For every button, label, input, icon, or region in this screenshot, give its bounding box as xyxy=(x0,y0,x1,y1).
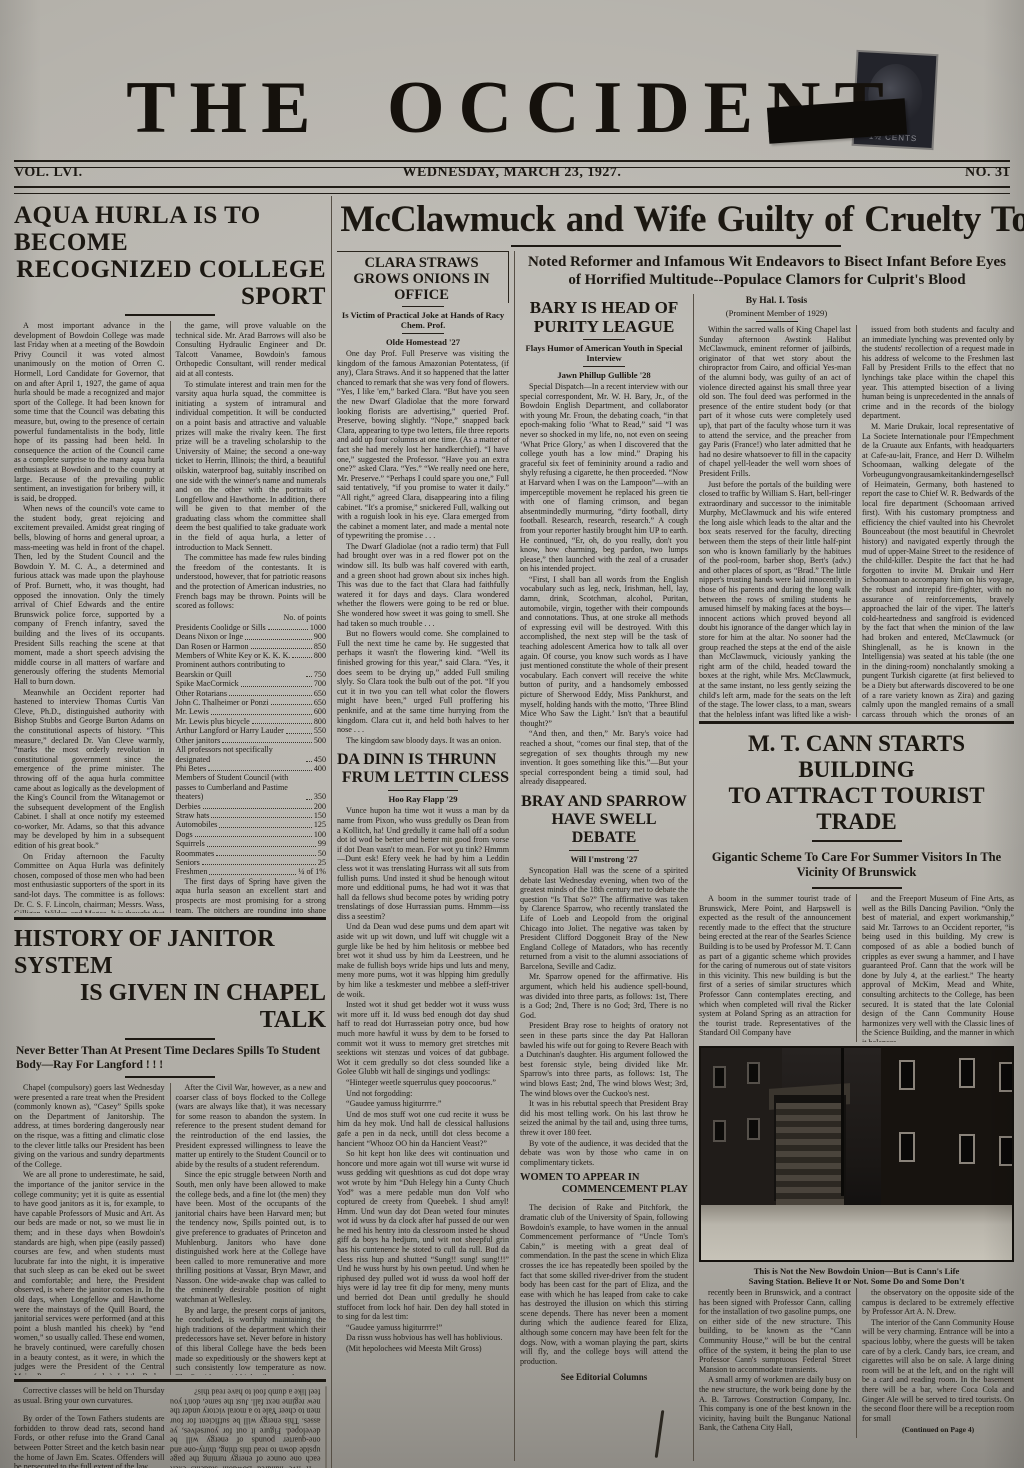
aqua-headline-line1: AQUA HURLA IS TO BECOME xyxy=(14,202,261,256)
headline-rule xyxy=(511,245,841,247)
points-row: Dan Rosen or Harmon850 xyxy=(176,642,327,651)
aqua-closing-text: The first days of Spring have given the … xyxy=(176,877,327,913)
clara-byline: Olde Homestead '27 xyxy=(337,337,509,347)
aqua-headline-line2: RECOGNIZED COLLEGE SPORT xyxy=(14,256,326,310)
photo-caption-line1: This is Not the New Bowdoin Union—But is… xyxy=(754,1266,960,1276)
bray-article: Syncopation Hall was the scene of a spir… xyxy=(520,866,688,1167)
paragraph: The committee has made few rules binding… xyxy=(176,553,327,611)
paragraph: Since the epic struggle between North an… xyxy=(176,1170,327,1304)
points-row: Dogs100 xyxy=(176,830,327,839)
paragraph: Vunce hupon ha time wot it wuss a man by… xyxy=(337,806,509,921)
paragraph: Und de mos stuff wot one cud recite it w… xyxy=(337,1110,509,1148)
mini-rule xyxy=(388,790,458,791)
paragraph: Meanwhile an Occident reporter had haste… xyxy=(14,688,165,851)
cann-col-b-bottom-text: the observatory on the opposite side of … xyxy=(862,1288,1014,1423)
paragraph: A small army of workmen are daily busy o… xyxy=(699,1375,851,1433)
points-row: All professors not specifically designat… xyxy=(176,745,327,764)
mcclawmuck-body: Within the sacred walls of King Chapel l… xyxy=(699,325,1014,717)
janitor-article: Chapel (compulsory) goers last Wednesday… xyxy=(14,1083,326,1375)
bary-byline: Jawn Phillup Gullible '28 xyxy=(520,370,688,380)
paragraph: Special Dispatch—In a recent interview w… xyxy=(520,382,688,574)
paragraph: the observatory on the opposite side of … xyxy=(862,1288,1014,1317)
points-row: Deans Nixon or Inge900 xyxy=(176,632,327,641)
aqua-col-b-text: the game, will prove valuable on the tec… xyxy=(176,321,327,611)
paragraph: Und da Dean wud dese pums und dem apart … xyxy=(337,922,509,999)
cann-body-top: A boom in the summer tourist trade of Br… xyxy=(699,894,1014,1042)
headline-rule xyxy=(125,1038,215,1040)
main-headline: McClawmuck and Wife Guilty of Cruelty To… xyxy=(340,200,1010,240)
mini-rule xyxy=(583,366,625,367)
points-row: Mr. Lewis plus bicycle800 xyxy=(176,717,327,726)
paragraph: Da rissn wuss hobvious has well has hobl… xyxy=(337,1333,509,1343)
upside-down-text: If five hundred Bowdoin students exert e… xyxy=(170,1387,321,1468)
left-column-block: AQUA HURLA IS TO BECOME RECOGNIZED COLLE… xyxy=(14,196,331,1468)
paragraph: Within the sacred walls of King Chapel l… xyxy=(699,325,851,479)
points-row: Phi Betes400 xyxy=(176,764,327,773)
points-table: Presidents Coolidge or Sills1000Deans Ni… xyxy=(176,623,327,877)
dadinn-headline-line2: FRUM LETTIN CLESS xyxy=(337,769,509,787)
cann-col-b-top: and the Freeport Museum of Fine Arts, as… xyxy=(856,894,1014,1042)
continued-note: (Continued on Page 4) xyxy=(862,1425,1014,1434)
paragraph: “Hinteger weetle squerrulus quey poocoor… xyxy=(337,1078,509,1088)
bray-headline-line1: BRAY AND SPARROW xyxy=(521,793,687,810)
paragraph: The Dwarf Gladiolae (not a radio term) t… xyxy=(337,542,509,628)
janitor-col-b: After the Civil War, however, as a new a… xyxy=(170,1083,327,1375)
mini-rule xyxy=(583,1199,625,1200)
date-label: WEDNESDAY, MARCH 23, 1927. xyxy=(14,165,1010,181)
paragraph: The interior of the Cann Community House… xyxy=(862,1318,1014,1424)
cann-headline: M. T. CANN STARTS BUILDING TO ATTRACT TO… xyxy=(699,731,1014,835)
dadinn-article: Vunce hupon ha time wot it wuss a man by… xyxy=(337,806,509,1353)
cann-body-bottom: recently been in Brunswick, and a contra… xyxy=(699,1288,1014,1438)
paragraph: President Bray rose to heights of orator… xyxy=(520,1021,688,1098)
headline-rule xyxy=(812,840,902,842)
section-divider xyxy=(14,917,326,920)
bary-article: Special Dispatch—In a recent interview w… xyxy=(520,382,688,787)
clara-deck: Is Victim of Practical Joke at Hands of … xyxy=(337,310,509,330)
mcclawmuck-col4-text: issued from both students and faculty an… xyxy=(862,325,1014,717)
paragraph: The kingdom saw bloody days. It was an o… xyxy=(337,736,509,746)
section-divider xyxy=(14,1379,326,1382)
paragraph: “And then, and then,” Mr. Bary's voice h… xyxy=(520,729,688,787)
town-notices: Corrective classes will be held on Thurs… xyxy=(14,1386,170,1468)
cann-headline-line2: TO ATTRACT TOURIST TRADE xyxy=(728,783,984,834)
mini-rule xyxy=(402,306,444,307)
points-row: Other Rotarians650 xyxy=(176,689,327,698)
photo-pole xyxy=(841,1048,844,1196)
mini-rule xyxy=(756,321,798,322)
section-divider xyxy=(699,721,1014,724)
paragraph: So hit kept hon like dees wit continuati… xyxy=(337,1149,509,1322)
aqua-col-a: A most important advance in the developm… xyxy=(14,321,170,913)
aqua-hurla-article: A most important advance in the developm… xyxy=(14,321,326,913)
page-content: AQUA HURLA IS TO BECOME RECOGNIZED COLLE… xyxy=(14,196,1014,1468)
women-article: The decision of Rake and Pitchfork, the … xyxy=(520,1203,688,1366)
paragraph: We are all prone to underestimate, he sa… xyxy=(14,1170,165,1375)
paragraph: One day Prof. Full Preserve was visiting… xyxy=(337,349,509,541)
cann-headline-line1: M. T. CANN STARTS BUILDING xyxy=(748,731,965,782)
tosis-byline-2: (Prominent Member of 1929) xyxy=(699,308,854,318)
upside-down-joke: If five hundred Bowdoin students exert e… xyxy=(170,1386,327,1468)
points-row: Prominent authors contributing to Bearsk… xyxy=(176,660,327,679)
women-headline-line1: WOMEN TO APPEAR IN xyxy=(520,1172,640,1183)
photo-window xyxy=(899,1060,915,1090)
janitor-headline-line1: HISTORY OF JANITOR SYSTEM xyxy=(14,926,275,979)
points-row: Other janitors500 xyxy=(176,736,327,745)
photo-window xyxy=(959,1134,975,1164)
points-row: Mr. Lewis600 xyxy=(176,707,327,716)
columns-2-4: Noted Reformer and Infamous Wit Endeavor… xyxy=(514,251,1014,1461)
bary-deck: Flays Humor of American Youth in Special… xyxy=(520,343,688,363)
paragraph: (Mit hepolochees wid Meesta Milt Gross) xyxy=(337,1344,509,1354)
women-headline-line2: COMMENCEMENT PLAY xyxy=(520,1184,688,1196)
corrective-classes-notice: Corrective classes will be held on Thurs… xyxy=(14,1386,165,1405)
paragraph: Mr. Sparrow opened for the affirmative. … xyxy=(520,972,688,1020)
paragraph: “First, I shall ban all words from the E… xyxy=(520,575,688,729)
paragraph: issued from both students and faculty an… xyxy=(862,325,1014,421)
cann-deck: Gigantic Scheme To Care For Summer Visit… xyxy=(707,850,1006,880)
paragraph: Insted wot it shud get bedder wot it wus… xyxy=(337,1000,509,1077)
paragraph: A most important advance in the developm… xyxy=(14,321,165,503)
paragraph: the game, will prove valuable on the tec… xyxy=(176,321,327,379)
masthead-rule-bottom xyxy=(14,186,1010,194)
main-deck: Noted Reformer and Infamous Wit Endeavor… xyxy=(524,253,1010,289)
paragraph: The first days of Spring have given the … xyxy=(176,877,327,913)
photo-window xyxy=(747,1062,760,1084)
janitor-headline-line2: IS GIVEN IN CHAPEL TALK xyxy=(14,980,326,1034)
see-editorial-note: See Editorial Columns xyxy=(520,1372,688,1382)
clara-article: One day Prof. Full Preserve was visiting… xyxy=(337,349,509,745)
points-row: Roommates50 xyxy=(176,849,327,858)
clara-headline-box: CLARA STRAWS GROWS ONIONS IN OFFICE xyxy=(337,251,509,303)
town-fathers-notice: By order of the Town Fathers students ar… xyxy=(14,1414,165,1468)
mini-rule xyxy=(402,333,444,334)
paragraph: Syncopation Hall was the scene of a spir… xyxy=(520,866,688,972)
dadinn-headline: DA DINN IS THRUNN FRUM LETTIN CLESS xyxy=(337,751,509,787)
paragraph: Just before the portals of the building … xyxy=(699,480,851,718)
paragraph: On Friday afternoon the Faculty Committe… xyxy=(14,852,165,913)
cann-col-b-bottom: the observatory on the opposite side of … xyxy=(856,1288,1014,1438)
points-row: Presidents Coolidge or Sills1000 xyxy=(176,623,327,632)
points-row: John C. Thalheimer or Ponzi650 xyxy=(176,698,327,707)
photo-window xyxy=(713,1066,726,1088)
points-row: Freshmen¼ of 1% xyxy=(176,867,327,876)
paragraph: “Gaudee yamuss higiturrrre!” xyxy=(337,1323,509,1333)
cann-col-a-top: A boom in the summer tourist trade of Br… xyxy=(699,894,856,1042)
janitor-headline: HISTORY OF JANITOR SYSTEM IS GIVEN IN CH… xyxy=(14,926,326,1034)
photo-caption: This is Not the New Bowdoin Union—But is… xyxy=(699,1266,1014,1286)
women-headline: WOMEN TO APPEAR IN COMMENCEMENT PLAY xyxy=(520,1172,688,1196)
aqua-hurla-headline: AQUA HURLA IS TO BECOME RECOGNIZED COLLE… xyxy=(14,202,326,310)
janitor-deck: Never Better Than At Present Time Declar… xyxy=(16,1045,324,1072)
photo-window xyxy=(713,1120,726,1142)
points-row: Squirrels99 xyxy=(176,839,327,848)
photo-shack xyxy=(776,1103,844,1205)
points-row: Members of White Key or K. K. K.800 xyxy=(176,651,327,660)
column-bary: BARY IS HEAD OF PURITY LEAGUE Flays Humo… xyxy=(520,294,693,1461)
photo-caption-line2: Saving Station. Believe It or Not. Some … xyxy=(749,1276,965,1286)
janitor-col-a: Chapel (compulsory) goers last Wednesday… xyxy=(14,1083,170,1375)
bray-headline: BRAY AND SPARROW HAVE SWELL DEBATE xyxy=(520,793,688,847)
cann-col-a-bottom: recently been in Brunswick, and a contra… xyxy=(699,1288,856,1438)
points-row: Arthur Langford or Harry Lauder550 xyxy=(176,726,327,735)
columns-grid: CLARA STRAWS GROWS ONIONS IN OFFICE Is V… xyxy=(337,251,1014,1461)
points-row: Members of Student Council (with passes … xyxy=(176,773,327,801)
mini-rule xyxy=(569,850,639,851)
tosis-byline: By Hal. I. Tosis xyxy=(699,296,854,306)
points-row: Seniors25 xyxy=(176,858,327,867)
main-story-block: McClawmuck and Wife Guilty of Cruelty To… xyxy=(331,196,1014,1468)
photo-window xyxy=(999,1062,1014,1092)
paragraph: Chapel (compulsory) goers last Wednesday… xyxy=(14,1083,165,1169)
paragraph: recently been in Brunswick, and a contra… xyxy=(699,1288,851,1374)
aqua-col-b: the game, will prove valuable on the tec… xyxy=(170,321,327,913)
paragraph: By vote of the audience, it was decided … xyxy=(520,1139,688,1168)
column-clara: CLARA STRAWS GROWS ONIONS IN OFFICE Is V… xyxy=(337,251,514,1461)
bray-byline: Will I'mstrong '27 xyxy=(520,854,688,864)
headline-rule xyxy=(812,887,902,889)
paragraph: When news of the council's vote came to … xyxy=(14,504,165,686)
newspaper-page: 1½ CENTS THE OCCIDENT WEDNESDAY, MARCH 2… xyxy=(0,0,1024,1468)
paragraph: But no flowers would come. She complaine… xyxy=(337,629,509,735)
paragraph: A boom in the summer tourist trade of Br… xyxy=(699,894,851,1038)
mini-rule xyxy=(583,339,625,340)
headline-rule xyxy=(125,314,215,316)
notice-rule xyxy=(69,1409,109,1410)
points-row: Derbies200 xyxy=(176,802,327,811)
photo-window xyxy=(747,1118,760,1140)
paragraph: After the Civil War, however, as a new a… xyxy=(176,1083,327,1169)
paragraph: The decision of Rake and Pitchfork, the … xyxy=(520,1203,688,1366)
headline-rule xyxy=(125,1076,215,1078)
points-row: Automobiles125 xyxy=(176,820,327,829)
dateline: WEDNESDAY, MARCH 23, 1927. VOL. LVI. NO.… xyxy=(14,165,1010,181)
paragraph: “Gaudee yamuss higiturrrre.” xyxy=(337,1099,509,1109)
paragraph: M. Marie Drukair, local representative o… xyxy=(862,422,1014,717)
points-row: Straw hats150 xyxy=(176,811,327,820)
paragraph: By and large, the present corps of janit… xyxy=(176,1306,327,1375)
photo-left-building xyxy=(701,1048,782,1213)
bottom-notices-row: Corrective classes will be held on Thurs… xyxy=(14,1386,326,1468)
clara-headline: CLARA STRAWS GROWS ONIONS IN OFFICE xyxy=(337,255,506,303)
dadinn-byline: Hoo Ray Flapp '29 xyxy=(337,794,509,804)
paragraph: To stimulate interest and train men for … xyxy=(176,380,327,553)
photo-window xyxy=(899,1132,915,1162)
photo-window xyxy=(959,1058,975,1088)
bary-headline: BARY IS HEAD OF PURITY LEAGUE xyxy=(520,298,688,336)
bray-headline-line2: HAVE SWELL DEBATE xyxy=(551,811,656,846)
points-table-header: No. of points xyxy=(176,613,327,622)
paragraph: and the Freeport Museum of Fine Arts, as… xyxy=(862,894,1014,1042)
cann-building-photo xyxy=(699,1046,1014,1262)
photo-right-building xyxy=(881,1048,1012,1222)
masthead-section: 1½ CENTS THE OCCIDENT WEDNESDAY, MARCH 2… xyxy=(0,0,1024,196)
grid-2-4: BARY IS HEAD OF PURITY LEAGUE Flays Humo… xyxy=(520,294,1014,1461)
photo-snowbank xyxy=(701,1205,1012,1260)
mcclawmuck-col3: Within the sacred walls of King Chapel l… xyxy=(699,325,856,717)
mcclawmuck-col4: issued from both students and faculty an… xyxy=(856,325,1014,717)
bary-headline-line1: BARY IS HEAD OF xyxy=(530,298,678,317)
dadinn-headline-line1: DA DINN IS THRUNN xyxy=(337,751,496,768)
photo-window xyxy=(999,1136,1014,1166)
paragraph: It was in his rebuttal speech that Presi… xyxy=(520,1099,688,1137)
paragraph: Und not forgodding: xyxy=(337,1089,509,1099)
columns-3-4: By Hal. I. Tosis (Prominent Member of 19… xyxy=(693,294,1014,1461)
points-row: Spike MacCormick700 xyxy=(176,679,327,688)
bary-headline-line2: PURITY LEAGUE xyxy=(534,317,675,336)
